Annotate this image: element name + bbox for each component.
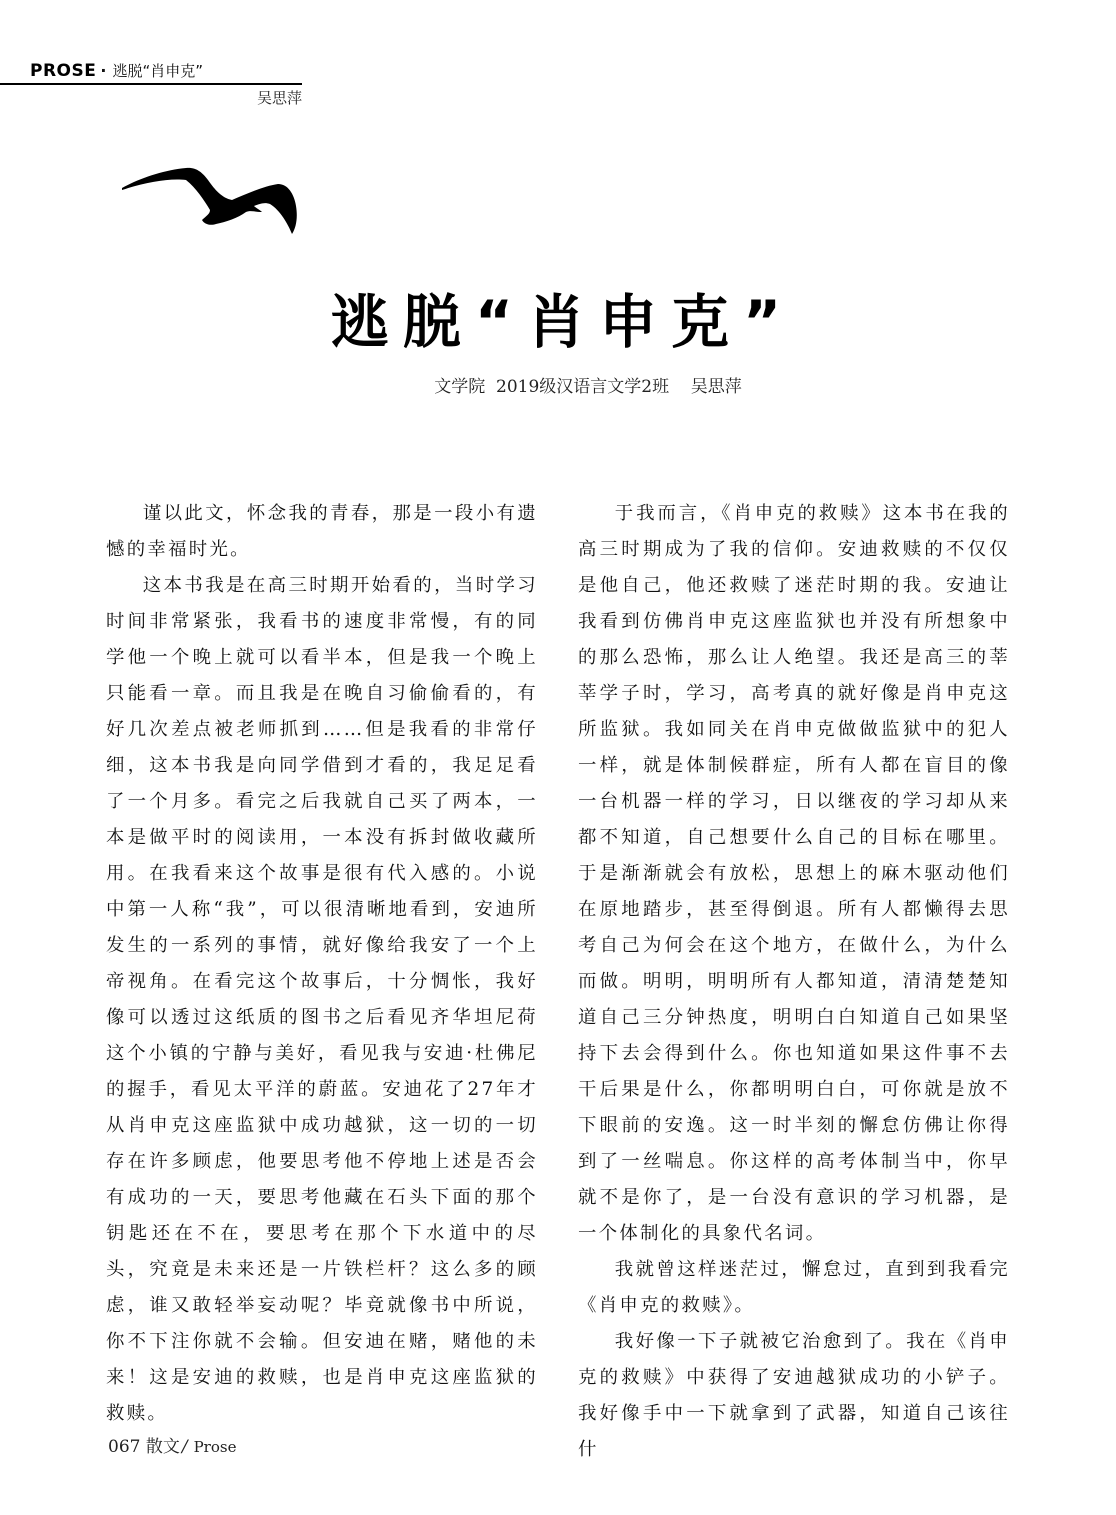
header-rule	[0, 83, 302, 85]
paragraph: 这本书我是在高三时期开始看的，当时学习时间非常紧张，我看书的速度非常慢，有的同学…	[106, 568, 538, 1432]
paragraph: 我好像一下子就被它治愈到了。我在《肖申克的救赎》中获得了安迪越狱成功的小铲子。我…	[578, 1324, 1010, 1468]
paragraph: 谨以此文，怀念我的青春，那是一段小有遗憾的幸福时光。	[106, 496, 538, 568]
running-header: PROSE·逃脱“肖申克” 吴思萍	[0, 58, 302, 110]
paragraph: 我就曾这样迷茫过，懈怠过，直到到我看完《肖申克的救赎》。	[578, 1252, 1010, 1324]
footer-slash: /	[182, 1437, 188, 1457]
section-label: PROSE	[30, 61, 96, 81]
paragraph: 于我而言，《肖申克的救赎》这本书在我的高三时期成为了我的信仰。安迪救赎的不仅仅是…	[578, 496, 1010, 1252]
article-byline: 文学院 2019级汉语言文学2班 吴思萍	[0, 372, 1116, 402]
running-article-title: 逃脱“肖申克”	[112, 62, 203, 80]
running-author: 吴思萍	[257, 87, 302, 108]
body-column-left: 谨以此文，怀念我的青春，那是一段小有遗憾的幸福时光。 这本书我是在高三时期开始看…	[106, 496, 538, 1432]
running-title: PROSE·逃脱“肖申克”	[30, 61, 203, 81]
seagull-silhouette-icon	[120, 164, 300, 238]
footer-section-en: Prose	[194, 1438, 237, 1456]
footer-section-cn: 散文	[146, 1437, 180, 1457]
separator-dot: ·	[100, 61, 106, 80]
page-number: 067	[108, 1437, 140, 1457]
page-footer: 067 散文/Prose	[108, 1432, 236, 1457]
article-title: 逃脱“肖申克”	[0, 282, 1116, 362]
body-column-right: 于我而言，《肖申克的救赎》这本书在我的高三时期成为了我的信仰。安迪救赎的不仅仅是…	[578, 496, 1010, 1468]
